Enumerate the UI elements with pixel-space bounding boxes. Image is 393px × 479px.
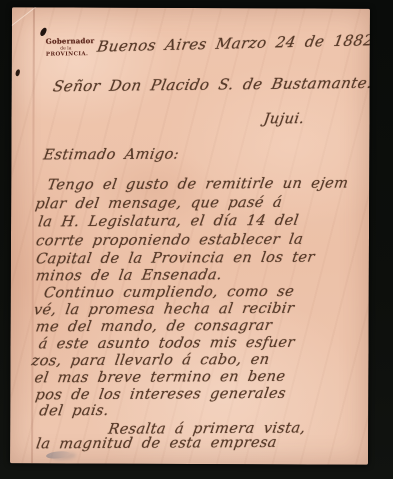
place-line: Jujui. <box>262 111 305 127</box>
stamp-line-1: Gobernador <box>46 36 86 46</box>
handwritten-line: minos de la Ensenada. <box>35 267 223 284</box>
handwritten-line: plar del mensage, que pasé á <box>34 195 283 212</box>
handwritten-line: la magnitud de esta empresa <box>35 435 278 452</box>
ink-blot <box>39 27 47 37</box>
corner-crease <box>10 7 45 28</box>
ink-blot <box>15 69 20 77</box>
stamp-line-3: PROVINCIA. <box>46 51 86 58</box>
dateline: Buenos Aires Marzo 24 de 1882. <box>96 31 370 56</box>
handwritten-line: Tengo el gusto de remitirle un ejem <box>46 176 349 194</box>
paper-crease <box>31 7 35 463</box>
handwritten-line: el mas breve termino en bene <box>33 369 286 387</box>
letter-paper: Gobernador de la PROVINCIA. Buenos Aires… <box>10 7 370 465</box>
handwritten-line: del pais. <box>38 403 110 419</box>
handwritten-line: Continuo cumpliendo, como se <box>43 284 296 302</box>
handwritten-line: vé, la promesa hecha al recibir <box>33 301 296 319</box>
handwritten-line: corrte proponiendo establecer la <box>35 232 304 250</box>
handwritten-line: me del mando, de consagrar <box>35 318 274 335</box>
handwritten-line: zos, para llevarlo á cabo, en <box>30 352 270 369</box>
photo-background: Gobernador de la PROVINCIA. Buenos Aires… <box>0 0 393 479</box>
handwritten-line: Capital de la Provincia en los ter <box>35 250 316 268</box>
handwritten-line: la H. Legislatura, el día 14 del <box>37 213 300 231</box>
salutation: Estimado Amigo: <box>42 147 180 164</box>
handwritten-line: pos de los intereses generales <box>34 386 287 404</box>
addressee-line: Señor Don Placido S. de Bustamante. <box>52 74 370 96</box>
governor-stamp: Gobernador de la PROVINCIA. <box>46 36 86 58</box>
handwritten-line: á este asunto todos mis esfuer <box>37 335 295 353</box>
